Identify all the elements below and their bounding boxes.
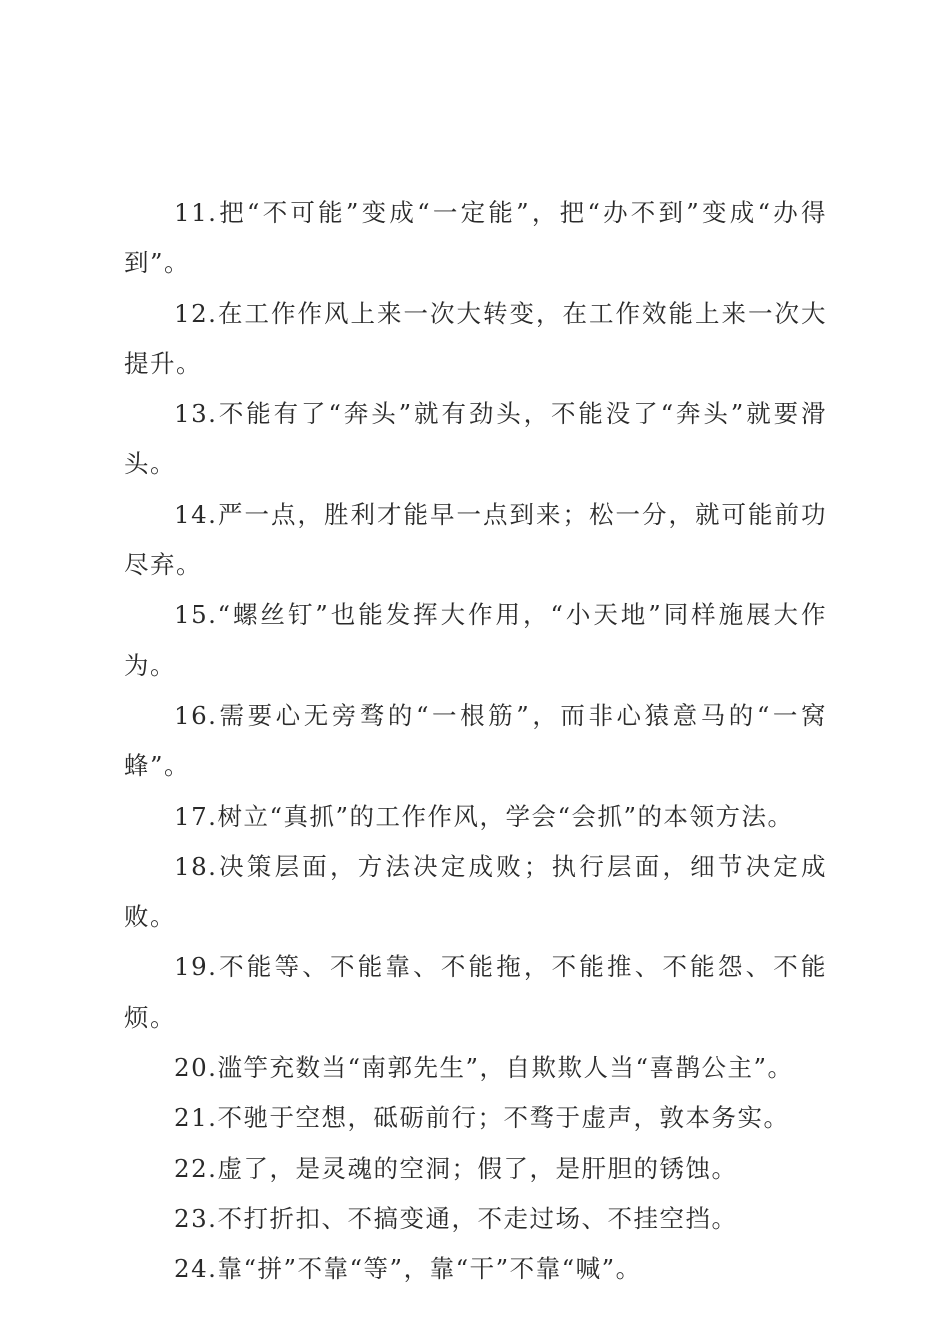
- list-item: 18.决策层面，方法决定成败；执行层面，细节决定成败。: [124, 842, 827, 943]
- list-item: 17.树立“真抓”的工作作风，学会“会抓”的本领方法。: [124, 792, 827, 842]
- list-item: 23.不打折扣、不搞变通，不走过场、不挂空挡。: [124, 1194, 827, 1244]
- list-item: 14.严一点，胜利才能早一点到来；松一分，就可能前功尽弃。: [124, 490, 827, 591]
- document-page: 11.把“不可能”变成“一定能”，把“办不到”变成“办得到”。 12.在工作作风…: [124, 188, 827, 1295]
- list-item: 22.虚了，是灵魂的空洞；假了，是肝胆的锈蚀。: [124, 1144, 827, 1194]
- list-item: 12.在工作作风上来一次大转变，在工作效能上来一次大提升。: [124, 289, 827, 390]
- list-item: 24.靠“拼”不靠“等”，靠“干”不靠“喊”。: [124, 1244, 827, 1294]
- list-item: 19.不能等、不能靠、不能拖，不能推、不能怨、不能烦。: [124, 942, 827, 1043]
- list-item: 11.把“不可能”变成“一定能”，把“办不到”变成“办得到”。: [124, 188, 827, 289]
- list-item: 21.不驰于空想，砥砺前行；不骛于虚声，敦本务实。: [124, 1093, 827, 1143]
- list-item: 20.滥竽充数当“南郭先生”，自欺欺人当“喜鹊公主”。: [124, 1043, 827, 1093]
- list-item: 13.不能有了“奔头”就有劲头，不能没了“奔头”就要滑头。: [124, 389, 827, 490]
- list-item: 16.需要心无旁骛的“一根筋”，而非心猿意马的“一窝蜂”。: [124, 691, 827, 792]
- list-item: 15.“螺丝钉”也能发挥大作用，“小天地”同样施展大作为。: [124, 590, 827, 691]
